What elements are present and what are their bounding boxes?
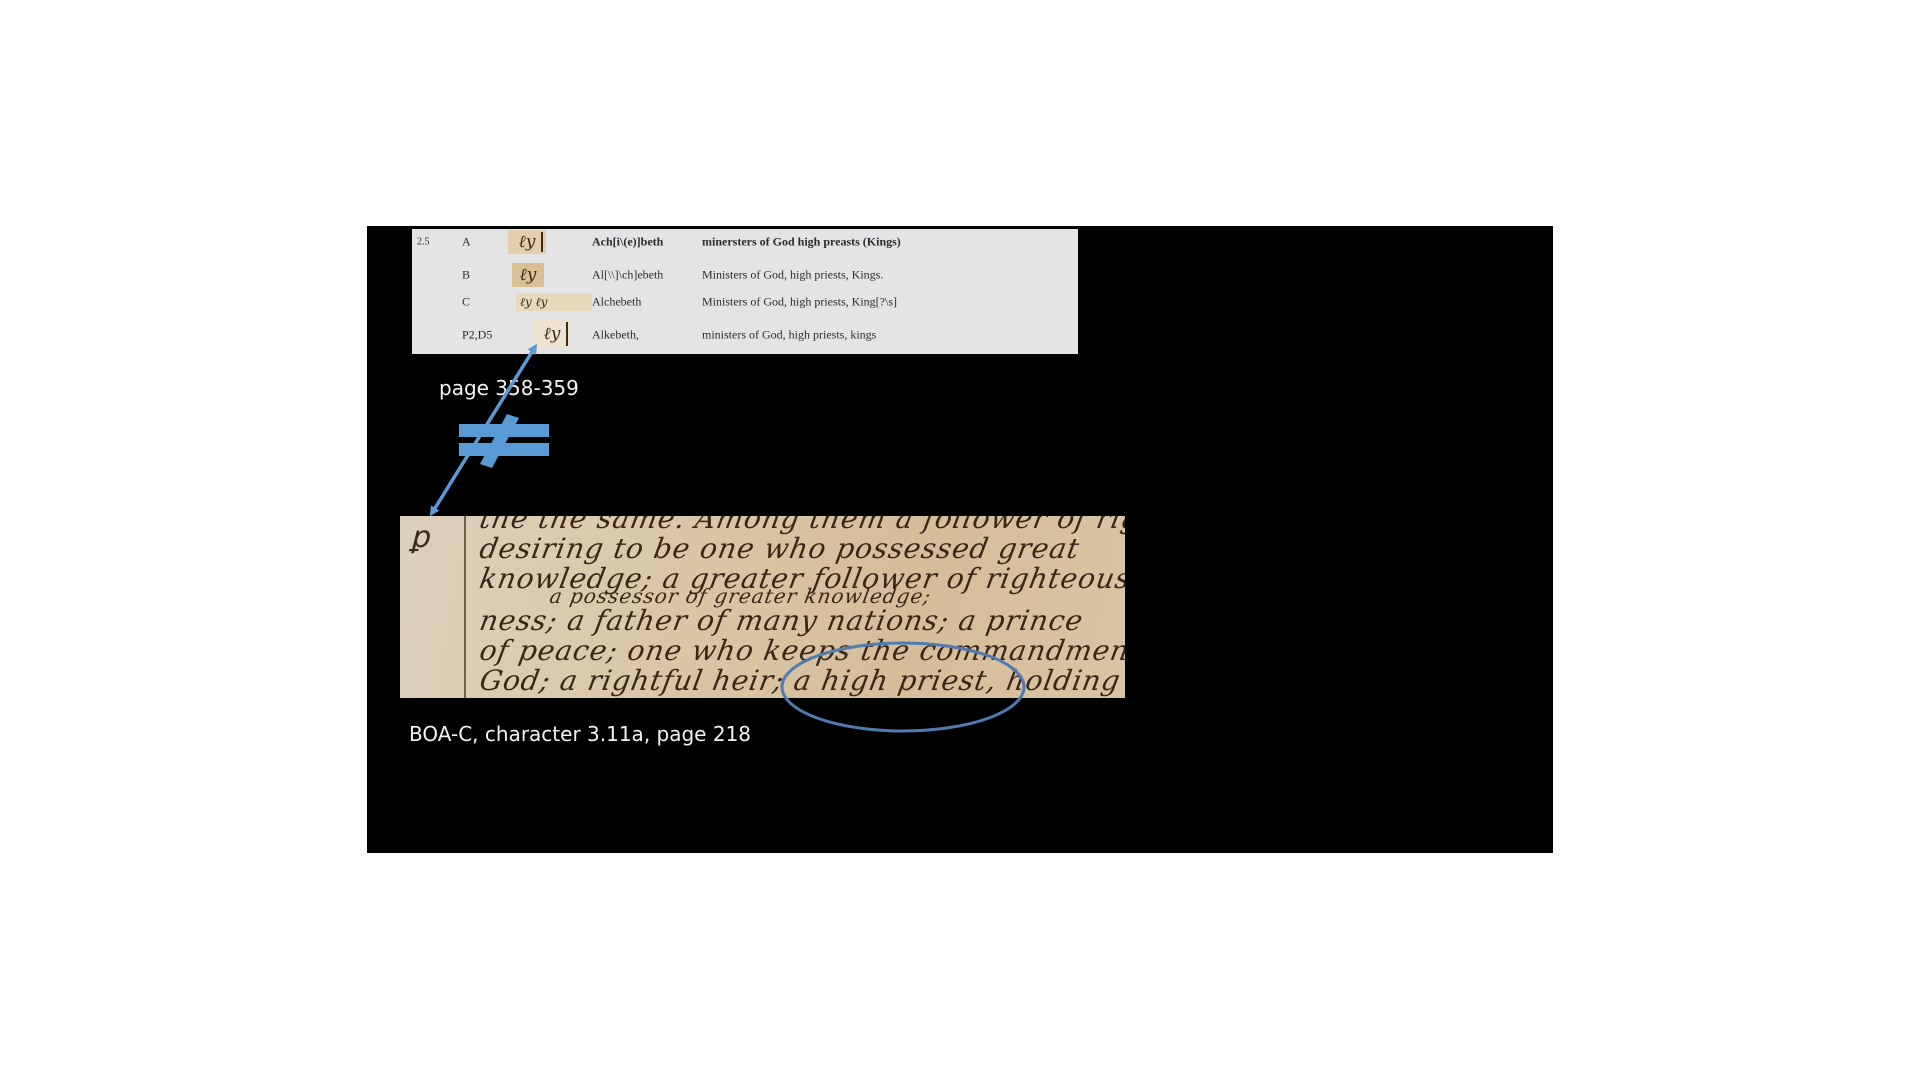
source-label: B bbox=[462, 268, 470, 283]
character-glyph-image: ℓy ℓy bbox=[516, 293, 592, 311]
manuscript-line: desiring to be one who possessed great bbox=[477, 532, 1082, 565]
table-row: C ℓy ℓy Alchebeth Ministers of God, high… bbox=[412, 289, 1078, 315]
manuscript-line: God; a rightful heir; a high priest, hol… bbox=[477, 664, 1123, 697]
character-glyph-image: ℓy bbox=[508, 230, 546, 254]
character-meaning: Ministers of God, high priests, Kings. bbox=[702, 268, 883, 283]
character-name: Alchebeth bbox=[592, 295, 641, 310]
table-row: B ℓy Al[\\]\ch]ebeth Ministers of God, h… bbox=[412, 262, 1078, 288]
table-row: P2,D5 ℓy Alkebeth, ministers of God, hig… bbox=[412, 322, 1078, 348]
table-source-caption: page 358-359 bbox=[439, 376, 579, 400]
character-name: Al[\\]\ch]ebeth bbox=[592, 268, 663, 283]
double-arrow-icon bbox=[432, 347, 535, 513]
manuscript-line: of peace; one who keeps the commandments… bbox=[477, 634, 1125, 667]
margin-rule bbox=[464, 516, 466, 698]
character-comparison-table: 2.5 A ℓy Ach[i\(e)]beth minersters of Go… bbox=[412, 229, 1078, 354]
source-label: P2,D5 bbox=[462, 328, 492, 343]
source-label: A bbox=[462, 235, 471, 250]
manuscript-source-caption: BOA-C, character 3.11a, page 218 bbox=[409, 722, 751, 746]
character-meaning: Ministers of God, high priests, King[?\s… bbox=[702, 295, 897, 310]
source-label: C bbox=[462, 295, 470, 310]
character-meaning: minersters of God high preasts (Kings) bbox=[702, 235, 901, 250]
margin-character: ꝑ bbox=[410, 520, 429, 555]
character-glyph-image: ℓy bbox=[512, 263, 544, 287]
character-name: Alkebeth, bbox=[592, 328, 639, 343]
slide: 2.5 A ℓy Ach[i\(e)]beth minersters of Go… bbox=[367, 226, 1553, 853]
manuscript-image: ꝑ the the same. Among them a follower of… bbox=[400, 516, 1125, 698]
not-equal-icon bbox=[459, 414, 549, 468]
row-number: 2.5 bbox=[417, 237, 430, 248]
manuscript-line: ness; a father of many nations; a prince bbox=[477, 604, 1086, 637]
character-name: Ach[i\(e)]beth bbox=[592, 235, 663, 250]
character-glyph-image: ℓy bbox=[533, 320, 571, 348]
character-meaning: ministers of God, high priests, kings bbox=[702, 328, 876, 343]
table-row: 2.5 A ℓy Ach[i\(e)]beth minersters of Go… bbox=[412, 229, 1078, 255]
